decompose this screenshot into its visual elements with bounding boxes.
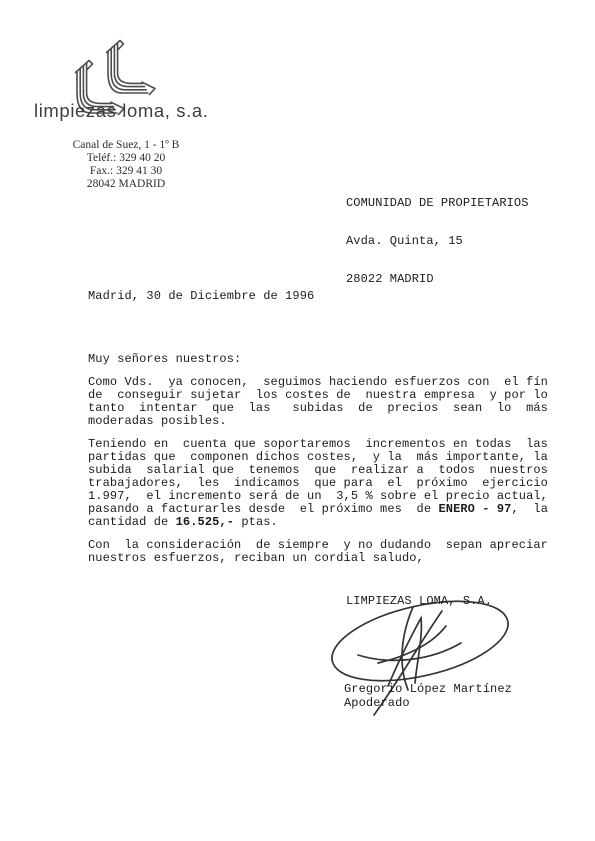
body-line: nuestros esfuerzos, reciban un cordial s… <box>88 552 558 565</box>
body-line: cantidad de 16.525,- ptas. <box>88 516 558 529</box>
body-text: trabajadores, les indicamos que para el … <box>88 476 548 490</box>
address-line: 28042 MADRID <box>60 178 192 191</box>
body-line: moderadas posibles. <box>88 415 558 428</box>
paragraph: Como Vds. ya conocen, seguimos haciendo … <box>88 376 558 428</box>
body-text: partidas que componen dichos costes, y l… <box>88 450 548 464</box>
body-text: de conseguir sujetar los costes de nuest… <box>88 388 548 402</box>
recipient-line: COMUNIDAD DE PROPIETARIOS <box>346 197 529 210</box>
company-address: Canal de Suez, 1 - 1º B Teléf.: 329 40 2… <box>60 139 192 191</box>
body-text: cantidad de <box>88 515 176 529</box>
address-line: Teléf.: 329 40 20 <box>60 152 192 165</box>
letter-page: limpiezas loma, s.a. Canal de Suez, 1 - … <box>0 0 595 841</box>
body-text: tanto intentar que las subidas de precio… <box>88 401 548 415</box>
body-text: moderadas posibles. <box>88 414 227 428</box>
salutation: Muy señores nuestros: <box>88 352 241 366</box>
paragraph: Con la consideración de siempre y no dud… <box>88 539 558 565</box>
address-line: Fax.: 329 41 30 <box>60 165 192 178</box>
address-line: Canal de Suez, 1 - 1º B <box>60 139 192 152</box>
recipient-line: Avda. Quinta, 15 <box>346 235 529 248</box>
signer-title: Apoderado <box>344 696 410 710</box>
body-text: pasando a facturarles desde el próximo m… <box>88 502 438 516</box>
company-name: limpiezas loma, s.a. <box>34 100 208 122</box>
signer-name: Gregorio López Martínez <box>344 682 512 696</box>
body-text: Con la consideración de siempre y no dud… <box>88 538 548 552</box>
recipient-line: 28022 MADRID <box>346 273 529 286</box>
body-text: Como Vds. ya conocen, seguimos haciendo … <box>88 375 548 389</box>
body-text: subida salarial que tenemos que realizar… <box>88 463 548 477</box>
recipient-block: COMUNIDAD DE PROPIETARIOS Avda. Quinta, … <box>346 172 529 311</box>
closing-company-name: LIMPIEZAS LOMA, S.A. <box>346 594 492 608</box>
emphasized-text: 16.525,- <box>176 515 234 529</box>
emphasized-text: ENERO - 97 <box>438 502 511 516</box>
body-text: Teniendo en cuenta que soportaremos incr… <box>88 437 548 451</box>
paragraph: Teniendo en cuenta que soportaremos incr… <box>88 438 558 529</box>
body-text: ptas. <box>234 515 278 529</box>
dateline: Madrid, 30 de Diciembre de 1996 <box>88 289 314 303</box>
body-text: nuestros esfuerzos, reciban un cordial s… <box>88 551 424 565</box>
body-text: 1.997, el incremento será de un 3,5 % so… <box>88 489 548 503</box>
body-text: , la <box>511 502 548 516</box>
letter-body: Como Vds. ya conocen, seguimos haciendo … <box>88 376 558 575</box>
